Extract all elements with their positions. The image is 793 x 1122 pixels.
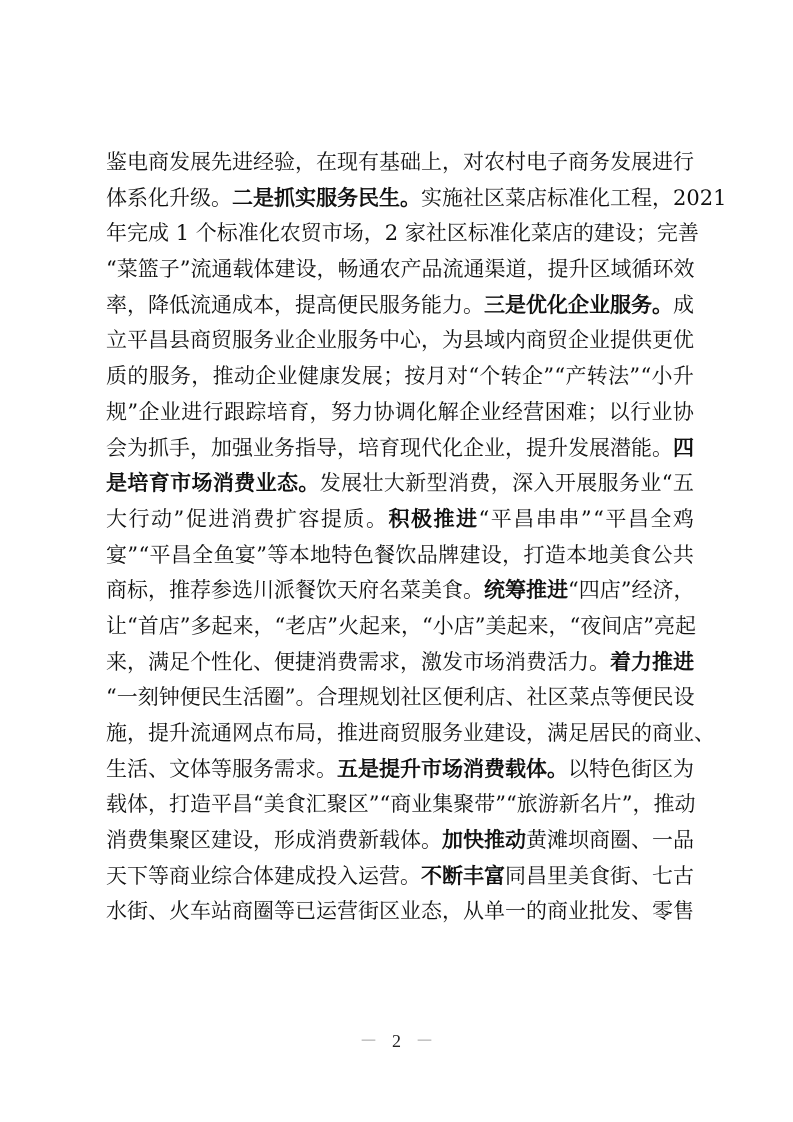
text: 成	[148, 216, 169, 252]
text: 动	[234, 359, 255, 395]
text: 足	[568, 716, 589, 752]
text: 实	[421, 181, 442, 217]
text: 营	[337, 894, 358, 930]
text: “	[570, 609, 581, 645]
text: 转	[587, 359, 608, 395]
text: ”	[369, 787, 380, 823]
text: 2	[385, 216, 398, 252]
text: ，	[526, 716, 547, 752]
text: 捷	[295, 645, 316, 681]
text: 务	[170, 359, 191, 395]
text: 公	[652, 538, 673, 574]
text: ，	[505, 431, 526, 467]
text: 、	[631, 859, 652, 895]
text: 鱼	[214, 538, 235, 574]
text: 业	[463, 716, 484, 752]
text: 圈	[253, 894, 274, 930]
bold-text: 务	[337, 181, 358, 217]
text: 名	[580, 787, 601, 823]
text: 现	[337, 145, 358, 181]
text: 贸	[547, 323, 568, 359]
text: 中	[379, 323, 400, 359]
text: 黄	[526, 823, 547, 859]
text: 2	[673, 181, 686, 217]
text: 售	[673, 894, 694, 930]
text: 开	[555, 466, 576, 502]
text: 县	[169, 323, 190, 359]
text: 。	[211, 181, 232, 217]
text: 提	[526, 431, 547, 467]
text: 推	[213, 359, 234, 395]
bold-text: 推	[652, 645, 673, 681]
bold-text: 三	[484, 288, 505, 324]
text: 培	[267, 395, 288, 431]
text-line: 立平昌县商贸服务业企业服务中心，为县域内商贸企业提供更优	[106, 323, 694, 359]
bold-text: 五	[337, 752, 358, 788]
text: 系	[127, 181, 148, 217]
text: 通	[211, 288, 232, 324]
document-page: 鉴电商发展先进经验，在现有基础上，对农村电子商务发展进行体系化升级。二是抓实服务…	[0, 0, 793, 1122]
text: 标	[127, 573, 148, 609]
text: 供	[631, 323, 652, 359]
text: 火	[338, 609, 359, 645]
text: 。	[316, 752, 337, 788]
text: ；	[636, 216, 657, 252]
text: 务	[358, 323, 379, 359]
text: 生	[106, 752, 127, 788]
text: 业	[190, 859, 211, 895]
text: 居	[589, 716, 610, 752]
text: 。	[589, 645, 610, 681]
text: 子	[547, 145, 568, 181]
text: 食	[285, 787, 306, 823]
text: 美	[264, 787, 285, 823]
text: 商	[589, 823, 610, 859]
footer-dash-right: －	[416, 1031, 434, 1051]
text: 费	[526, 645, 547, 681]
text: 平	[491, 502, 512, 538]
text: 提	[148, 716, 169, 752]
text-line: 会为抓手，加强业务指导，培育现代化企业，提升发展潜能。四	[106, 431, 694, 467]
text: 便	[632, 680, 653, 716]
text: 起	[359, 609, 380, 645]
text: 业	[160, 395, 181, 431]
text: 展	[362, 359, 383, 395]
text: ”	[127, 538, 138, 574]
text: 店	[552, 216, 573, 252]
text: 展	[190, 145, 211, 181]
text: 色	[353, 538, 374, 574]
text: 民	[653, 680, 674, 716]
text: 设	[296, 252, 317, 288]
text: 设	[505, 716, 526, 752]
text: 跟	[224, 395, 245, 431]
text: 民	[610, 716, 631, 752]
text: 济	[653, 573, 674, 609]
text: 运	[316, 894, 337, 930]
text: 名	[379, 573, 400, 609]
text: 工	[610, 181, 631, 217]
text: 育	[379, 431, 400, 467]
text: 家	[405, 216, 426, 252]
text: 小	[652, 359, 673, 395]
text: 服	[421, 716, 442, 752]
text: 化	[589, 181, 610, 217]
bold-text: 消	[213, 466, 234, 502]
text: ”	[581, 502, 592, 538]
text: 便	[443, 680, 464, 716]
text: 品	[422, 252, 443, 288]
text: “	[422, 609, 433, 645]
text: 合	[232, 859, 253, 895]
text: 点	[590, 680, 611, 716]
text: 业	[589, 323, 610, 359]
text: 造	[545, 538, 566, 574]
text: 努	[331, 395, 352, 431]
text: 体	[400, 823, 421, 859]
text: 个	[479, 359, 500, 395]
text: 圈	[610, 823, 631, 859]
text: 壮	[363, 466, 384, 502]
bold-text: 市	[421, 752, 442, 788]
text: 贸	[301, 216, 322, 252]
text-line: 天下等商业综合体建成投入运营。不断丰富同昌里美食街、七古	[106, 859, 694, 895]
text: 培	[358, 431, 379, 467]
text: 运	[358, 859, 379, 895]
text: 、	[506, 680, 527, 716]
text: 场	[343, 216, 364, 252]
text: 载	[106, 787, 127, 823]
text: 、	[631, 894, 652, 930]
text: 个	[196, 216, 217, 252]
text: 场	[484, 645, 505, 681]
bold-text: 是	[358, 752, 379, 788]
text: 体	[254, 252, 275, 288]
text: ”	[629, 359, 640, 395]
text: 业	[481, 395, 502, 431]
text: 率	[106, 288, 127, 324]
text: 标	[468, 216, 489, 252]
text: 企	[522, 359, 543, 395]
text: 串	[536, 502, 557, 538]
text: 集	[148, 823, 169, 859]
text-line: 大行动”促进消费扩容提质。积极推进“平昌串串”“平昌全鸡	[106, 502, 694, 538]
text: 服	[232, 323, 253, 359]
bold-text: 载	[505, 752, 526, 788]
text: 电	[526, 145, 547, 181]
text: 市	[463, 645, 484, 681]
text: 难	[566, 395, 587, 431]
text: 平	[150, 538, 171, 574]
text: 企	[139, 395, 160, 431]
text: “	[506, 787, 517, 823]
text: 饮	[395, 538, 416, 574]
text: 有	[358, 145, 379, 181]
text: ”	[495, 787, 506, 823]
text: 生	[222, 680, 243, 716]
text: 法	[608, 359, 629, 395]
text: 满	[148, 645, 169, 681]
text: 成	[673, 288, 694, 324]
text: 旅	[517, 787, 538, 823]
text: 。	[400, 859, 421, 895]
text: 七	[652, 859, 673, 895]
text: 坝	[568, 823, 589, 859]
text: 困	[545, 395, 566, 431]
text: 水	[106, 894, 127, 930]
text: 多	[191, 609, 212, 645]
text: 求	[379, 645, 400, 681]
text: 发	[169, 145, 190, 181]
text: 行	[673, 145, 694, 181]
text: 流	[190, 288, 211, 324]
text: 选	[232, 573, 253, 609]
bold-text: 体	[526, 752, 547, 788]
text: “	[127, 609, 138, 645]
text: “	[380, 787, 391, 823]
text: 小	[433, 609, 454, 645]
text: 的	[127, 359, 148, 395]
text: 区	[190, 823, 211, 859]
footer-dash-left: －	[360, 1031, 378, 1051]
text: 升	[547, 431, 568, 467]
text: 费	[127, 823, 148, 859]
text: 内	[505, 323, 526, 359]
text: 、	[148, 752, 169, 788]
text: 形	[274, 823, 295, 859]
text: 通	[211, 716, 232, 752]
text: 展	[631, 145, 652, 181]
bold-text: 着	[610, 645, 631, 681]
text: 建	[484, 716, 505, 752]
text: 篮	[138, 252, 159, 288]
text: 展	[341, 466, 362, 502]
text: 按	[404, 359, 425, 395]
text: 商	[106, 573, 127, 609]
text: 服	[337, 323, 358, 359]
text: 商	[652, 716, 673, 752]
text: 育	[288, 395, 309, 431]
text: 商	[379, 716, 400, 752]
text: 钟	[159, 680, 180, 716]
text: ”	[543, 359, 554, 395]
text: 在	[316, 145, 337, 181]
text: 业	[274, 323, 295, 359]
text: 需	[274, 752, 295, 788]
text: 区	[348, 787, 369, 823]
text: 2	[700, 181, 713, 217]
text: 务	[253, 752, 274, 788]
text: 建	[459, 538, 480, 574]
text: 等	[211, 752, 232, 788]
text: 升	[169, 181, 190, 217]
text: 体	[106, 181, 127, 217]
text: 强	[232, 431, 253, 467]
text: 健	[298, 359, 319, 395]
bold-text: 民	[358, 181, 379, 217]
text: 施	[442, 181, 463, 217]
text: ，	[674, 573, 695, 609]
text: 社	[426, 216, 447, 252]
text: 新	[405, 466, 426, 502]
text: 协	[374, 395, 395, 431]
text: ”	[622, 787, 633, 823]
text: 转	[501, 359, 522, 395]
text: 业	[277, 359, 298, 395]
text-line: 消费集聚区建设，形成消费新载体。加快推动黄滩坝商圈、一品	[106, 823, 694, 859]
text: 环	[653, 252, 674, 288]
text: 下	[127, 859, 148, 895]
text: 等	[148, 859, 169, 895]
text: 街	[127, 894, 148, 930]
text: 古	[673, 859, 694, 895]
text: 体	[190, 752, 211, 788]
text: 色	[610, 752, 631, 788]
text: 昌	[148, 323, 169, 359]
text: 以	[609, 395, 630, 431]
text-line: 商标，推荐参选川派餐饮天府名菜美食。统筹推进“四店”经济，	[106, 573, 694, 609]
bold-text: 加	[442, 823, 463, 859]
text: 一	[117, 680, 138, 716]
bold-text: 不	[421, 859, 442, 895]
text: ；	[383, 359, 404, 395]
text: 站	[211, 894, 232, 930]
text: 发	[340, 359, 361, 395]
bold-text: 实	[295, 181, 316, 217]
text: 活	[547, 645, 568, 681]
text: 0	[686, 181, 699, 217]
text: 本	[566, 538, 587, 574]
text: 级	[190, 181, 211, 217]
text: 聚	[169, 823, 190, 859]
bold-text: 推	[433, 502, 454, 538]
text: 鸡	[673, 502, 694, 538]
text: 心	[400, 323, 421, 359]
text: 验	[274, 145, 295, 181]
text: ，	[310, 395, 331, 431]
text: “	[593, 502, 604, 538]
text: 零	[652, 894, 673, 930]
text: 特	[331, 538, 352, 574]
text: 推	[169, 573, 190, 609]
text: ，	[274, 288, 295, 324]
bold-text: 生	[379, 181, 400, 217]
bold-text: 业	[256, 466, 277, 502]
text: 提	[321, 502, 342, 538]
text: 店	[526, 181, 547, 217]
text: 流	[443, 252, 464, 288]
text: 化	[232, 645, 253, 681]
text: 业	[673, 716, 694, 752]
text: 年	[106, 216, 127, 252]
text: 础	[400, 145, 421, 181]
text: 贸	[400, 716, 421, 752]
text: 社	[463, 181, 484, 217]
text: 入	[534, 466, 555, 502]
text: 活	[243, 680, 264, 716]
bold-text: 升	[400, 752, 421, 788]
text: 行	[129, 502, 150, 538]
text: 通	[212, 252, 233, 288]
text: 深	[512, 466, 533, 502]
bold-text: 四	[673, 431, 694, 467]
text: 全	[650, 502, 671, 538]
text: 导	[316, 431, 337, 467]
bold-text: 进	[547, 573, 568, 609]
text: ，	[442, 894, 463, 930]
text: 特	[589, 752, 610, 788]
text: ，	[421, 323, 442, 359]
text: 牌	[438, 538, 459, 574]
text: 准	[489, 216, 510, 252]
text: 协	[673, 395, 694, 431]
text: 发	[610, 145, 631, 181]
text: 菜	[505, 181, 526, 217]
bold-text: 务	[631, 288, 652, 324]
text: ”	[256, 538, 267, 574]
text: 发	[610, 894, 631, 930]
text: 聚	[327, 787, 348, 823]
text: 昌	[628, 502, 649, 538]
text: ，	[364, 216, 385, 252]
text: 行	[630, 395, 651, 431]
bold-text: 富	[484, 859, 505, 895]
text: 企	[568, 323, 589, 359]
bold-text: 育	[149, 466, 170, 502]
text: ”	[127, 395, 138, 431]
text: 加	[211, 431, 232, 467]
bold-text: 业	[589, 288, 610, 324]
text: 效	[674, 252, 695, 288]
text: 现	[400, 431, 421, 467]
bold-text: 。	[652, 288, 673, 324]
text: 网	[232, 716, 253, 752]
text: 区	[379, 894, 400, 930]
text: 子	[159, 252, 180, 288]
bold-text: 力	[631, 645, 652, 681]
text: 宴	[106, 538, 127, 574]
text: 宴	[235, 538, 256, 574]
text: 昌	[526, 859, 547, 895]
text: 夜	[580, 609, 601, 645]
text: 进	[208, 502, 229, 538]
text: 循	[632, 252, 653, 288]
bold-text: 场	[192, 466, 213, 502]
text: 体	[253, 859, 274, 895]
text: 营	[523, 395, 544, 431]
text: 低	[169, 288, 190, 324]
text: 游	[538, 787, 559, 823]
text: 满	[547, 716, 568, 752]
text: 业	[316, 323, 337, 359]
text: 批	[589, 894, 610, 930]
text: 费	[337, 645, 358, 681]
text: 。	[652, 431, 673, 467]
text: 化	[148, 181, 169, 217]
text-line: 体系化升级。二是抓实服务民生。实施社区菜店标准化工程，2021	[106, 181, 694, 217]
text: 产	[565, 359, 586, 395]
text: 立	[106, 323, 127, 359]
text: 为	[127, 431, 148, 467]
text: 需	[358, 645, 379, 681]
text: 标	[547, 181, 568, 217]
text-line: 质的服务，推动企业健康发展；按月对“个转企”“产转法”“小升	[106, 359, 694, 395]
text: 升	[569, 252, 590, 288]
text: 业	[484, 431, 505, 467]
text: 升	[673, 359, 694, 395]
text: 饮	[316, 573, 337, 609]
bold-text: 是	[106, 466, 127, 502]
